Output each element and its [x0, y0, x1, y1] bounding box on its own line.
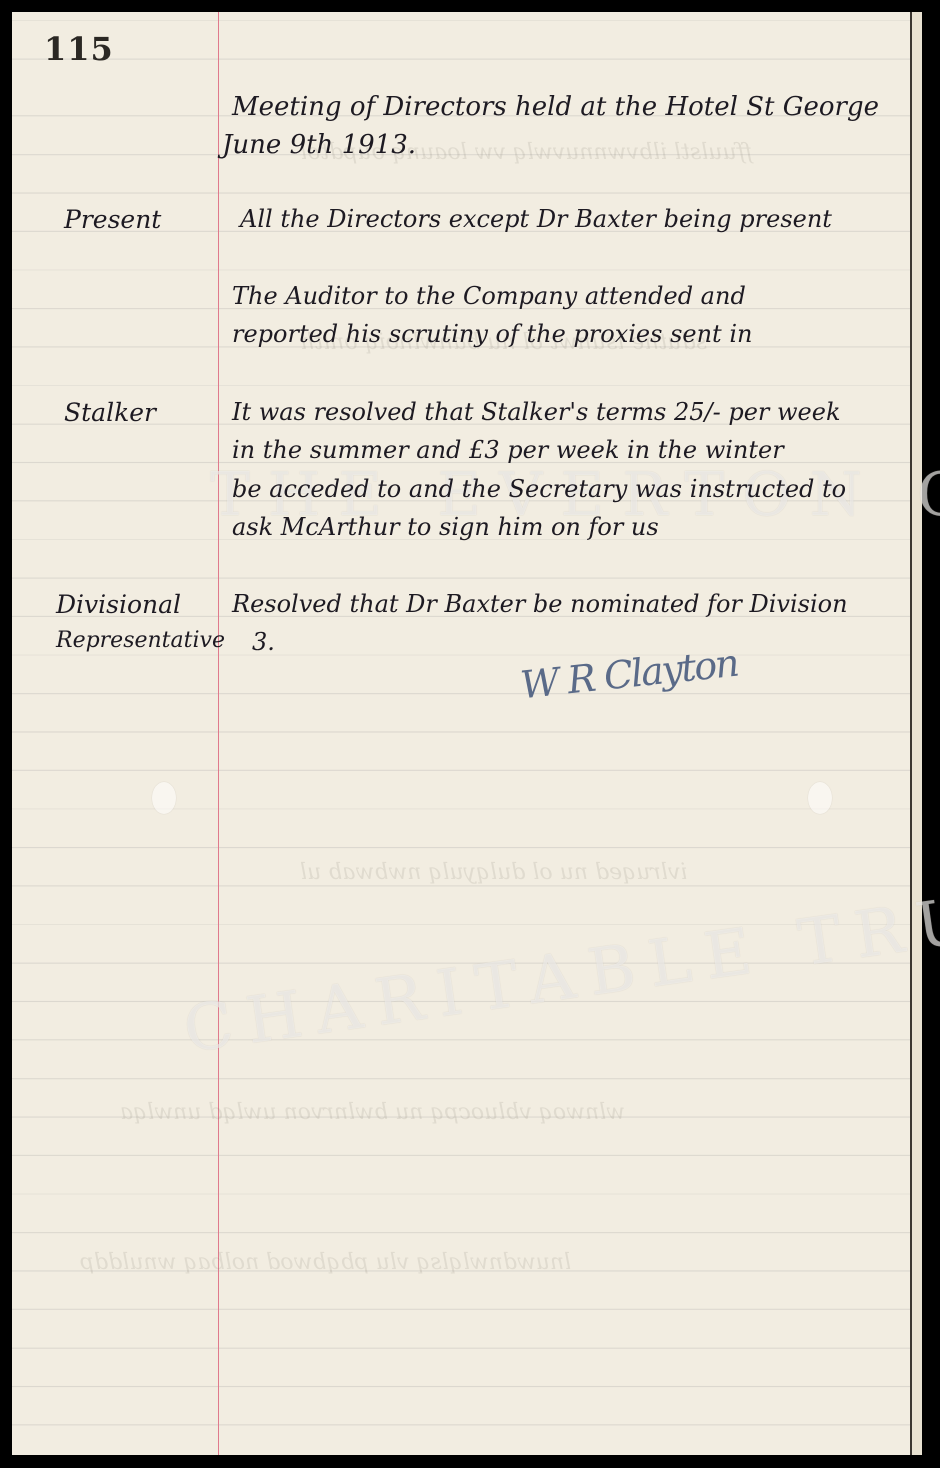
- meeting-date: June 9th 1913.: [222, 130, 416, 160]
- meeting-heading: Meeting of Directors held at the Hotel S…: [232, 92, 879, 122]
- entry-label-representative: Representative: [56, 628, 225, 653]
- entry-label-stalker: Stalker: [64, 398, 156, 427]
- entry-text: reported his scrutiny of the proxies sen…: [232, 320, 752, 348]
- entry-text: 3.: [252, 628, 275, 656]
- entry-text: It was resolved that Stalker's terms 25/…: [232, 398, 840, 426]
- entry-text: be acceded to and the Secretary was inst…: [232, 475, 846, 503]
- bleed-through-text: ivlruqed nu ol dulqyulq nwbwab ul: [300, 860, 687, 885]
- entry-text: ask McArthur to sign him on for us: [232, 513, 659, 541]
- margin-rule: [218, 12, 219, 1455]
- entry-text: The Auditor to the Company attended and: [232, 282, 746, 310]
- entry-label-divisional: Divisional: [56, 590, 181, 619]
- watermark-dot: [152, 782, 176, 814]
- bleed-through-text: lnuwdnwlqlsq vlu pbqbwod nolbaq wnulddp: [80, 1250, 571, 1275]
- entry-text: Resolved that Dr Baxter be nominated for…: [232, 590, 848, 618]
- page-edge: [910, 12, 922, 1455]
- page-number: 115: [44, 30, 114, 68]
- watermark-dot: [808, 782, 832, 814]
- entry-text: in the summer and £3 per week in the win…: [232, 436, 784, 464]
- entry-text: All the Directors except Dr Baxter being…: [240, 205, 832, 233]
- entry-label-present: Present: [64, 205, 161, 234]
- bleed-through-text: wlnwoq vbluocpq nu bwlnrvon uwlqd unwlqa: [120, 1100, 625, 1125]
